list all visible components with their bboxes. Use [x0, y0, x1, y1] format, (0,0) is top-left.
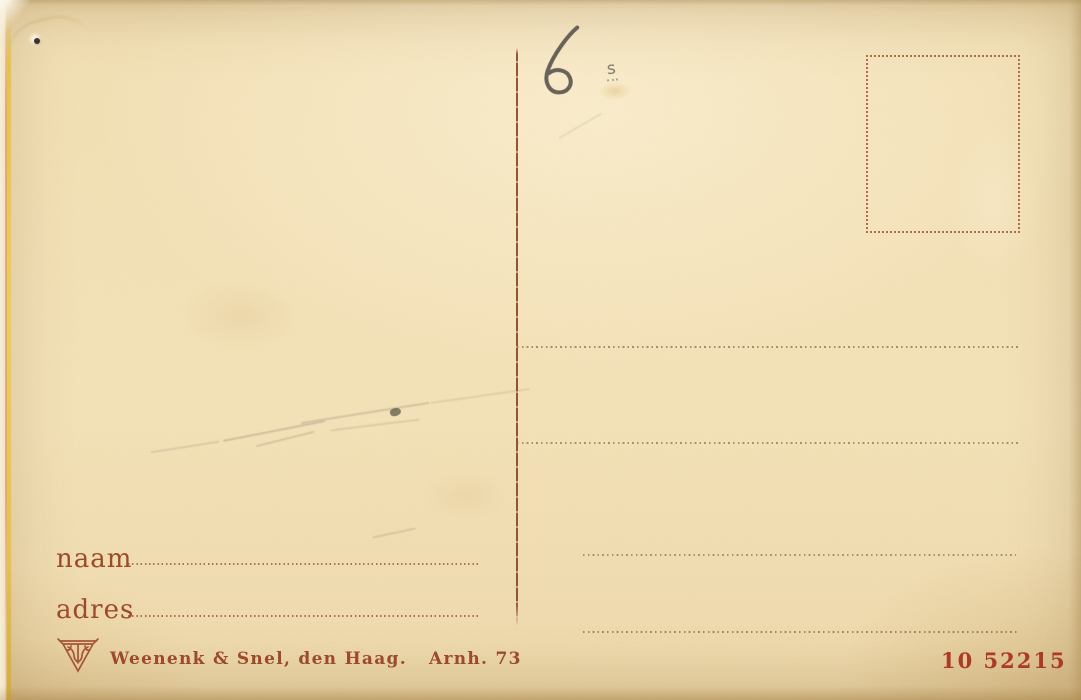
address-dotted-line-1: [517, 346, 1018, 348]
gilt-edge-stripe: [7, 0, 11, 700]
paper-stain: [598, 82, 632, 100]
card-edge-bottom-shade: [0, 686, 1081, 700]
handwritten-number-6: [534, 21, 589, 103]
card-edge-right-shade: [1069, 0, 1081, 700]
handwritten-mark: s: [605, 59, 618, 81]
name-label: naam: [56, 546, 132, 572]
paper-stain: [180, 280, 300, 350]
address-label: adres: [56, 597, 134, 623]
address-dotted-line-4: [583, 631, 1018, 633]
publisher-name: Weenenk & Snel, den Haag.: [110, 649, 407, 669]
pinhole-mark: [34, 38, 40, 44]
publisher-monogram-icon: [56, 635, 100, 675]
card-edge-top-shade: [0, 0, 1081, 5]
address-dotted-line-2: [517, 442, 1018, 444]
name-dotted-line: [128, 563, 480, 565]
pencil-scratch: [330, 419, 420, 432]
center-divider-rule: [516, 48, 518, 626]
publisher-imprint: Weenenk & Snel, den Haag.Arnh. 73: [110, 649, 522, 669]
pencil-scratch: [150, 441, 219, 454]
publisher-code: Arnh. 73: [429, 649, 522, 669]
address-dotted-line-3: [583, 554, 1016, 556]
pencil-scratch: [558, 113, 602, 139]
pencil-scratch: [372, 527, 415, 538]
stamp-box: [866, 55, 1020, 233]
serial-number: 10 52215: [941, 648, 1067, 673]
postcard-scan: s naam adres Weenenk & Snel, den Haag.Ar…: [0, 0, 1081, 700]
paper-stain: [420, 470, 510, 520]
address-dotted-line: [128, 615, 480, 617]
pencil-scratch: [430, 388, 529, 403]
